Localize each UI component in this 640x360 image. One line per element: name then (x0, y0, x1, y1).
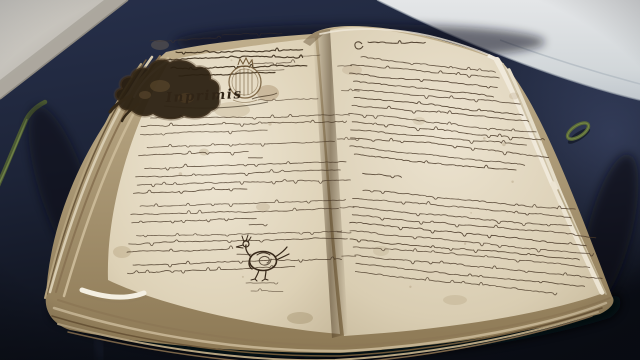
vignette (0, 0, 640, 360)
manuscript-photo: Inprimis (0, 0, 640, 360)
photo-canvas: Inprimis (0, 0, 640, 360)
